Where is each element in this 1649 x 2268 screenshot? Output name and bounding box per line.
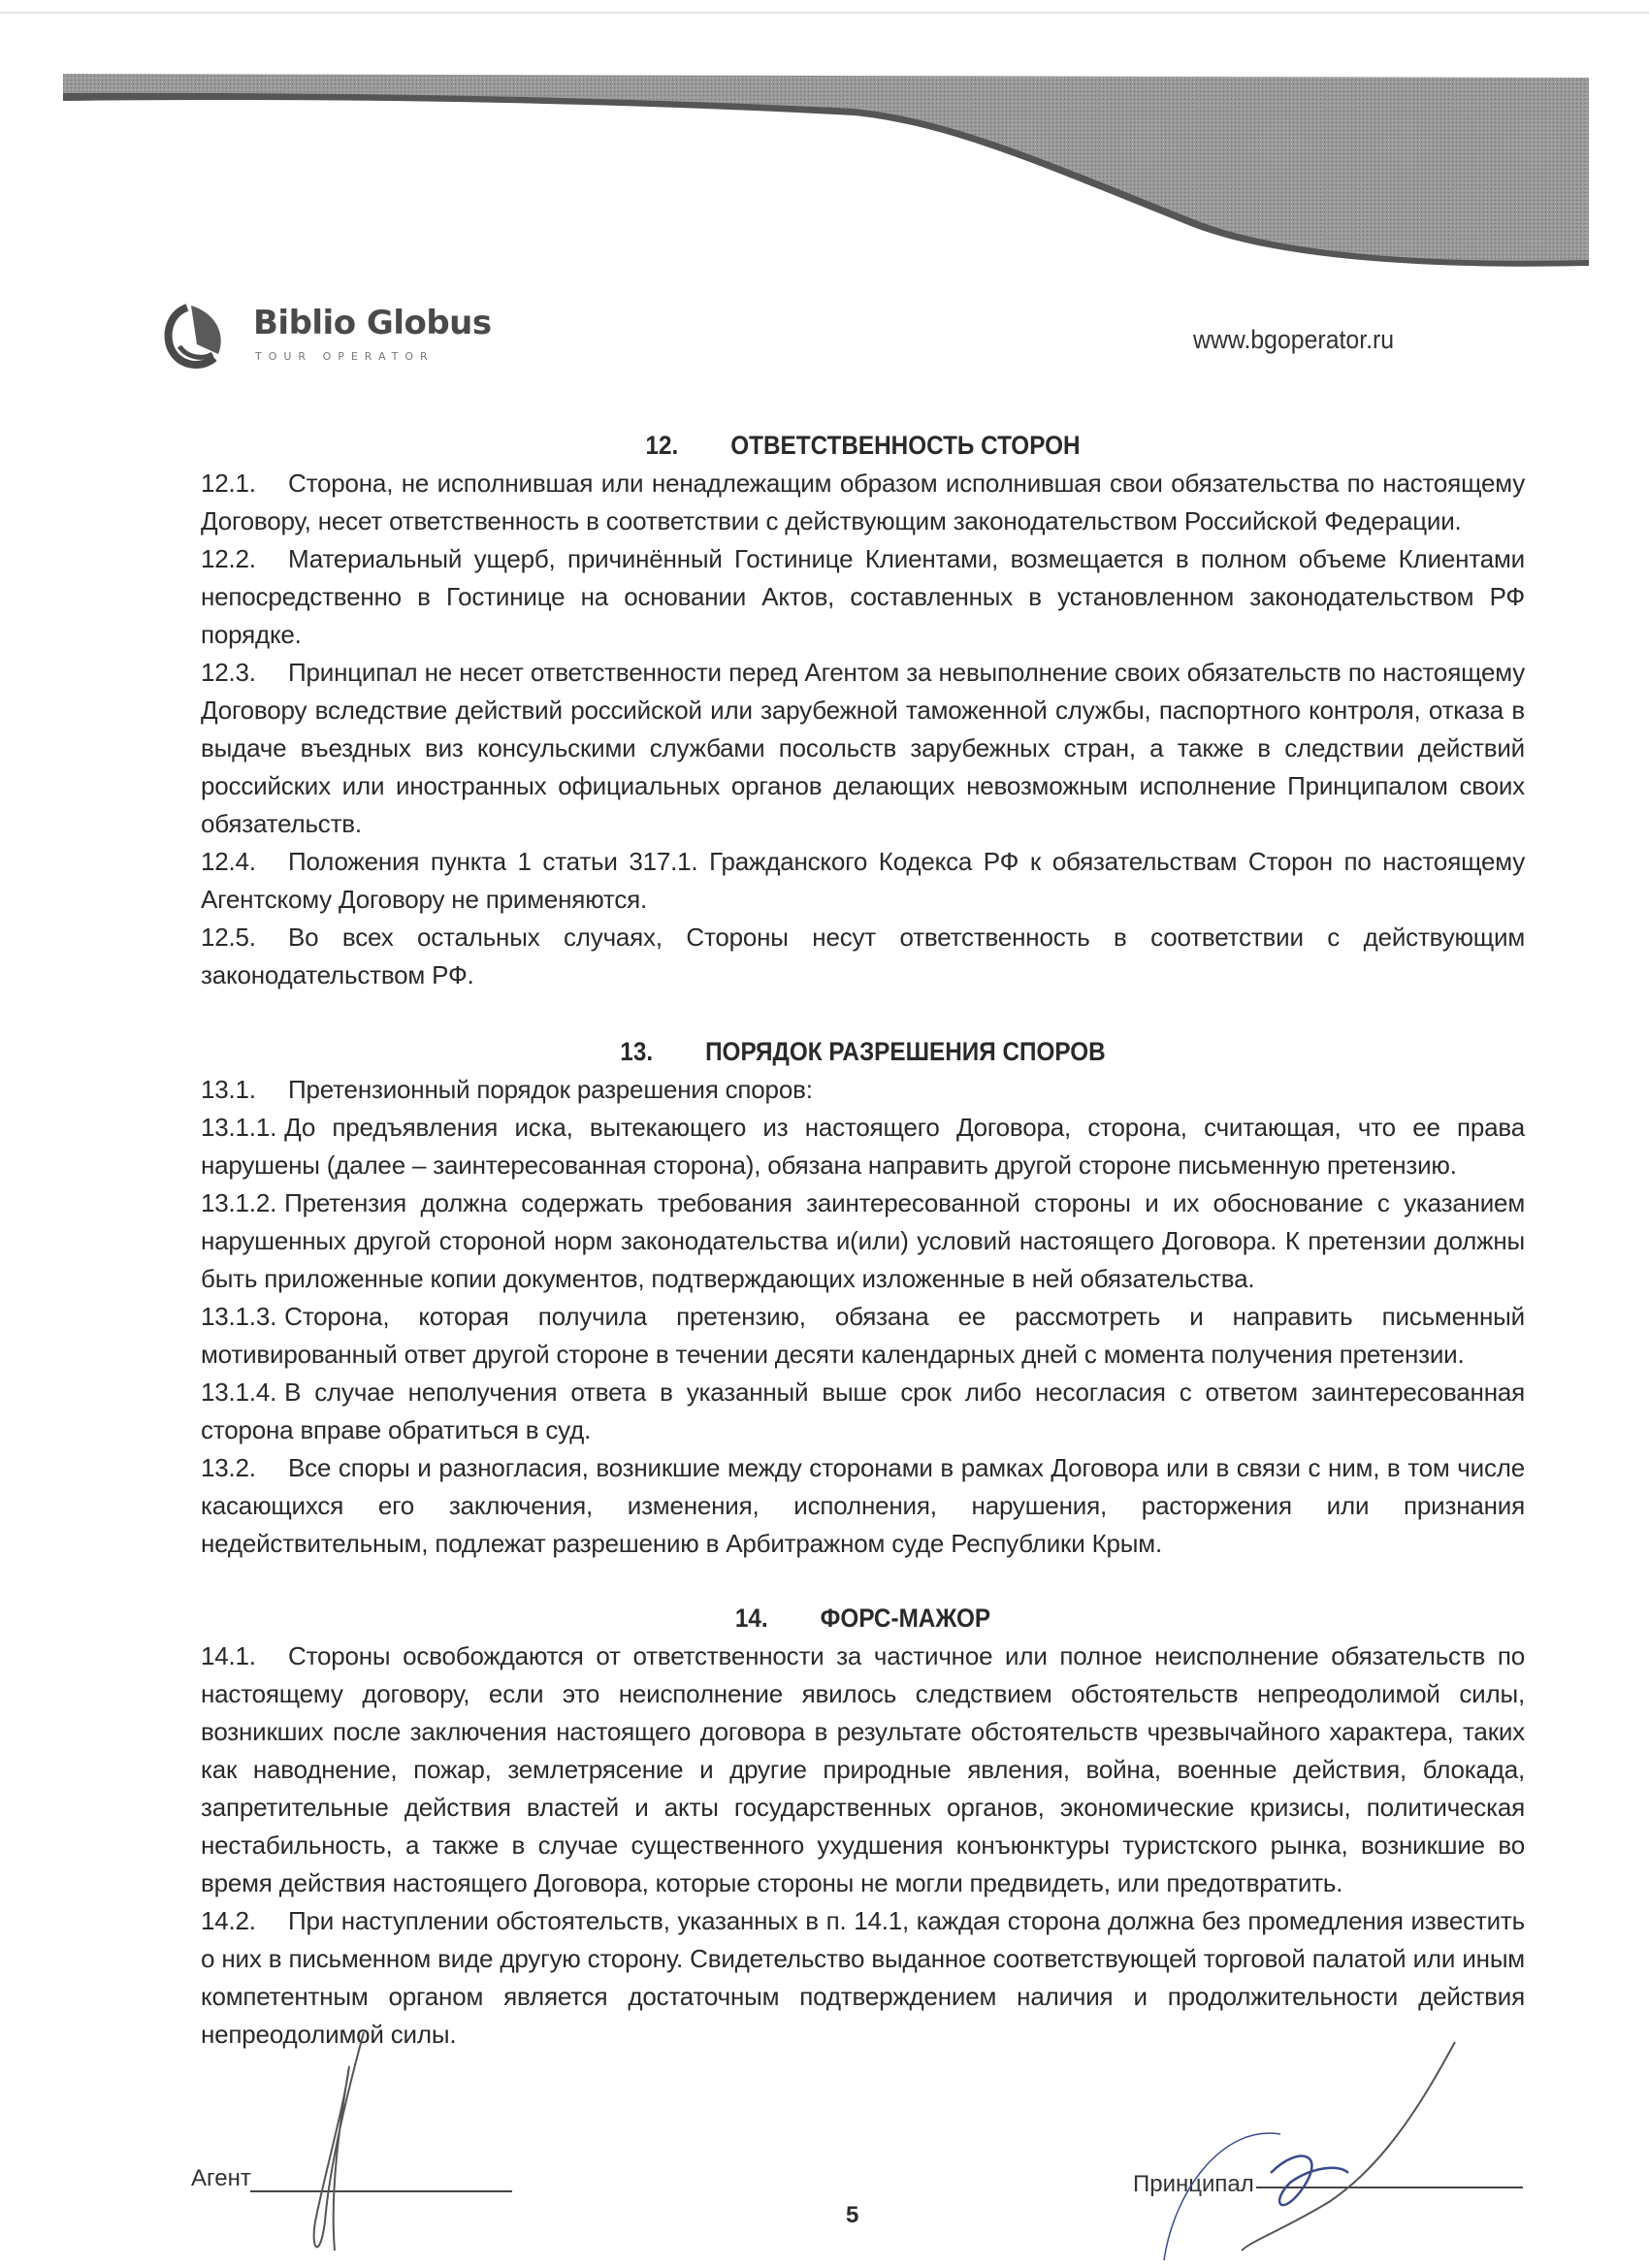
agent-signature-line (250, 2190, 512, 2192)
clause-12-2: 12.2.Материальный ущерб, причинённый Гос… (201, 540, 1525, 654)
page-number: 5 (846, 2202, 858, 2229)
clause-14-2: 14.2.При наступлении обстоятельств, указ… (201, 1902, 1525, 2054)
clause-13-1-1: 13.1.1.До предъявления иска, вытекающего… (201, 1109, 1525, 1184)
brand-tagline: TOUR OPERATOR (255, 350, 435, 363)
agent-signature-scrawl (291, 2027, 407, 2268)
clause-12-5: 12.5.Во всех остальных случаях, Стороны … (201, 919, 1525, 994)
principal-signature-scrawl (1106, 2037, 1513, 2268)
clause-13-1: 13.1.Претензионный порядок разрешения сп… (201, 1071, 1525, 1109)
section-heading-13: 13.ПОРЯДОК РАЗРЕШЕНИЯ СПОРОВ (267, 1033, 1459, 1071)
clause-14-1: 14.1.Стороны освобождаются от ответствен… (201, 1637, 1525, 1902)
brand-logo: Biblio Globus TOUR OPERATOR (158, 296, 527, 373)
brand-name: Biblio Globus (253, 304, 492, 342)
clause-13-1-2: 13.1.2.Претензия должна содержать требов… (201, 1184, 1525, 1298)
globe-logo-icon (158, 296, 236, 373)
agent-signature-label: Агент (191, 2165, 251, 2192)
clause-13-2: 13.2.Все споры и разногласия, возникшие … (201, 1449, 1525, 1563)
clause-12-1: 12.1.Сторона, не исполнившая или ненадле… (201, 465, 1525, 540)
website-link[interactable]: www.bgoperator.ru (1193, 325, 1394, 355)
principal-signature-label: Принципал (1133, 2171, 1254, 2198)
clause-13-1-4: 13.1.4.В случае неполучения ответа в ука… (201, 1374, 1525, 1449)
clause-12-4: 12.4.Положения пункта 1 статьи 317.1. Гр… (201, 843, 1525, 919)
section-heading-12: 12.ОТВЕТСТВЕННОСТЬ СТОРОН (267, 427, 1459, 465)
section-heading-14: 14.ФОРС-МАЖОР (267, 1600, 1459, 1637)
clause-13-1-3: 13.1.3.Сторона, которая получила претенз… (201, 1298, 1525, 1374)
header-wave-band (0, 0, 1649, 291)
clause-12-3: 12.3.Принципал не несет ответственности … (201, 654, 1525, 843)
document-body: 12.ОТВЕТСТВЕННОСТЬ СТОРОН 12.1.Сторона, … (201, 427, 1525, 2054)
principal-signature-line (1256, 2187, 1523, 2188)
